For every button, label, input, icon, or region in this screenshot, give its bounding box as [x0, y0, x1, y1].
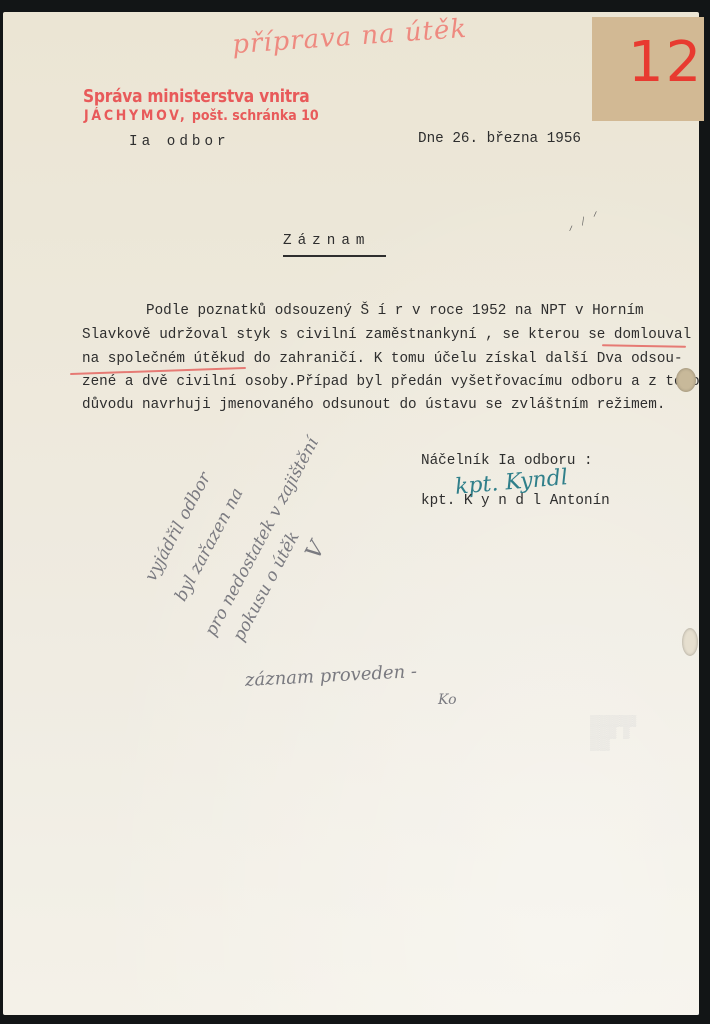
body-line-2: Slavkově udržoval styk s civilní zaměstn…: [82, 327, 691, 343]
punch-hole-lower: [682, 628, 698, 656]
document-page: [3, 12, 699, 1015]
document-date: Dne 26. března 1956: [418, 131, 581, 147]
department: Ia odbor: [129, 134, 230, 150]
body-line-1: Podle poznatků odsouzený Š í r v roce 19…: [146, 303, 644, 319]
page-number: 12: [628, 30, 703, 95]
body-line-3: na společném útěkud do zahraničí. K tomu…: [82, 351, 683, 367]
body-line-5: důvodu navrhuji jmenovaného odsunout do …: [82, 397, 665, 413]
bleed-through-text: ▒▒▒▒▒▒▒▒▒▒▒ ▒▒▒▒: [590, 716, 636, 752]
punch-hole-upper: [676, 368, 696, 392]
stamp-address: pošt. schránka 10: [187, 108, 318, 124]
document-title: Záznam: [283, 233, 370, 249]
stamp-line-1: Správa ministerstva vnitra: [83, 86, 309, 107]
signatory-name: kpt. K y n d l Antonín: [421, 493, 610, 509]
title-underline: [283, 255, 386, 257]
stamp-line-2: JÁCHYMOV, pošt. schránka 10: [84, 108, 319, 124]
pencil-initials: Ko: [438, 692, 457, 708]
body-line-4: zené a dvě civilní osoby.Případ byl před…: [82, 374, 700, 390]
stamp-city: JÁCHYMOV,: [84, 108, 187, 124]
